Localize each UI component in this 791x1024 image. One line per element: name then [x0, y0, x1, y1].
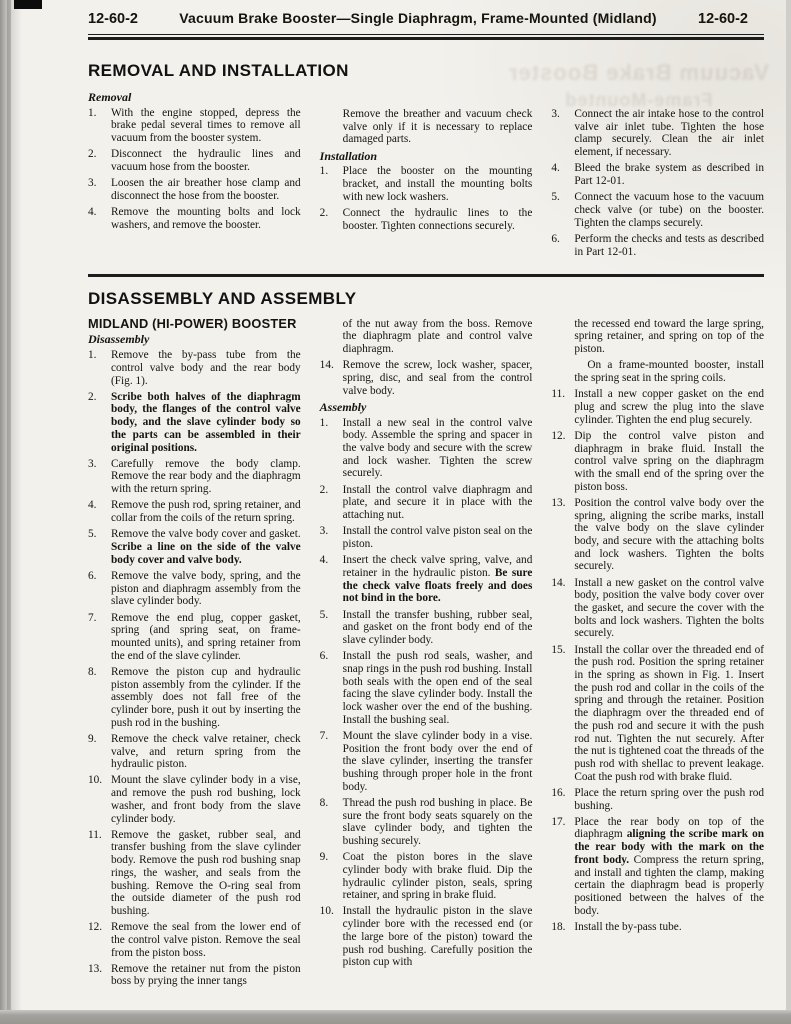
item-number: 14. [320, 359, 343, 397]
list-item: 13.Remove the retainer nut from the pist… [88, 963, 301, 988]
item-text: of the nut away from the boss. Remove th… [343, 318, 533, 356]
column-2: of the nut away from the boss. Remove th… [320, 318, 533, 992]
list-item: 2.Disconnect the hydraulic lines and vac… [88, 148, 301, 173]
column-1: Removal1.With the engine stopped, depres… [88, 90, 301, 262]
list-item: 14.Install a new gasket on the control v… [551, 577, 764, 641]
page-content: 12-60-2 Vacuum Brake Booster—Single Diap… [88, 10, 764, 992]
list-item-continuation: of the nut away from the boss. Remove th… [320, 318, 533, 356]
list-item: 1.Place the booster on the mounting brac… [320, 165, 533, 203]
item-number: 3. [551, 108, 574, 159]
item-text: Place the return spring over the push ro… [574, 787, 764, 812]
item-number: 4. [88, 206, 111, 231]
item-number: 1. [320, 417, 343, 481]
list-item: 13.Position the control valve body over … [551, 497, 764, 573]
list-item: 5.Remove the valve body cover and gasket… [88, 528, 301, 566]
item-text: Install the hydraulic piston in the slav… [343, 905, 533, 969]
item-number: 1. [88, 107, 111, 145]
item-number: 3. [88, 458, 111, 496]
list-item: 5.Connect the vacuum hose to the vacuum … [551, 191, 764, 229]
item-text: Disconnect the hydraulic lines and vacuu… [111, 148, 301, 173]
list-item: 16.Place the return spring over the push… [551, 787, 764, 812]
column-subheading: Removal [88, 91, 301, 104]
item-number: 6. [320, 650, 343, 726]
item-number: 4. [88, 499, 111, 524]
column-1: MIDLAND (HI-POWER) BOOSTERDisassembly1.R… [88, 318, 301, 992]
section-divider-rule [88, 274, 764, 277]
scan-edge-right [786, 0, 791, 1024]
item-text: Connect the vacuum hose to the vacuum ch… [574, 191, 764, 229]
item-number: 1. [88, 349, 111, 387]
item-text: Remove the end plug, copper gasket, spri… [111, 612, 301, 663]
column-subheading: Installation [320, 150, 533, 163]
item-text: the recessed end toward the large spring… [574, 318, 764, 356]
section-title: REMOVAL AND INSTALLATION [88, 61, 764, 81]
item-number: 10. [88, 774, 111, 825]
list-item: 5.Install the transfer bushing, rubber s… [320, 609, 533, 647]
column-3: the recessed end toward the large spring… [551, 318, 764, 992]
item-text: Remove the breather and vacuum check val… [343, 108, 533, 146]
list-item: 2.Scribe both halves of the diaphragm bo… [88, 391, 301, 455]
item-text: Remove the screw, lock washer, spacer, s… [343, 359, 533, 397]
column-heading: MIDLAND (HI-POWER) BOOSTER [88, 318, 301, 331]
list-item: 2.Install the control valve diaphragm an… [320, 484, 533, 522]
item-text: Perform the checks and tests as describe… [574, 233, 764, 258]
item-text: Install a new seal in the control valve … [343, 417, 533, 481]
item-text: Connect the air intake hose to the contr… [574, 108, 764, 159]
list-item: 18.Install the by-pass tube. [551, 921, 764, 934]
list-item: 11.Remove the gasket, rubber seal, and t… [88, 829, 301, 918]
item-text: Install the collar over the threaded end… [574, 644, 764, 784]
page-title: Vacuum Brake Booster—Single Diaphragm, F… [179, 10, 657, 26]
item-text: Remove the valve body, spring, and the p… [111, 570, 301, 608]
item-text: Scribe both halves of the diaphragm body… [111, 391, 301, 455]
item-number [551, 318, 574, 356]
list-item: 3.Loosen the air breather hose clamp and… [88, 177, 301, 202]
item-text: Remove the valve body cover and gasket. … [111, 528, 301, 566]
item-number [551, 359, 574, 384]
item-text: Remove the gasket, rubber seal, and tran… [111, 829, 301, 918]
item-text: Mount the slave cylinder body in a vise,… [111, 774, 301, 825]
list-item: 1.Install a new seal in the control valv… [320, 417, 533, 481]
item-number: 2. [320, 484, 343, 522]
list-item-continuation: Remove the breather and vacuum check val… [320, 108, 533, 146]
item-number: 5. [551, 191, 574, 229]
item-text: Install the control valve piston seal on… [343, 525, 533, 550]
item-number: 9. [320, 851, 343, 902]
list-item: 6.Install the push rod seals, washer, an… [320, 650, 533, 726]
scan-edge-left-streak [7, 0, 11, 1012]
page-number-left: 12-60-2 [88, 11, 138, 27]
column-subheading: Assembly [320, 401, 533, 414]
item-text: Bleed the brake system as described in P… [574, 162, 764, 187]
item-text: Position the control valve body over the… [574, 497, 764, 573]
list-item: 4.Remove the mounting bolts and lock was… [88, 206, 301, 231]
item-text: Remove the retainer nut from the piston … [111, 963, 301, 988]
page-header: 12-60-2 Vacuum Brake Booster—Single Diap… [88, 10, 764, 27]
item-number: 18. [551, 921, 574, 934]
item-text: Remove the mounting bolts and lock washe… [111, 206, 301, 231]
section-title: DISASSEMBLY AND ASSEMBLY [88, 289, 764, 309]
item-text: Install the push rod seals, washer, and … [343, 650, 533, 726]
item-number: 13. [551, 497, 574, 573]
item-text: Install the by-pass tube. [574, 921, 764, 934]
item-number: 16. [551, 787, 574, 812]
item-text: Thread the push rod bushing in place. Be… [343, 797, 533, 848]
item-text: On a frame-mounted booster, install the … [574, 359, 764, 384]
item-number: 1. [320, 165, 343, 203]
item-number: 17. [551, 816, 574, 918]
item-text: Place the rear body on top of the diaphr… [574, 816, 764, 918]
item-text: Remove the piston cup and hydraulic pist… [111, 666, 301, 730]
section-disassembly-and-assembly: DISASSEMBLY AND ASSEMBLY MIDLAND (HI-POW… [88, 289, 764, 992]
list-item: 9.Coat the piston bores in the slave cyl… [320, 851, 533, 902]
three-column-layout: Removal1.With the engine stopped, depres… [88, 90, 764, 262]
item-number: 2. [320, 207, 343, 232]
list-item: 10.Mount the slave cylinder body in a vi… [88, 774, 301, 825]
item-number: 4. [551, 162, 574, 187]
item-text: Loosen the air breather hose clamp and d… [111, 177, 301, 202]
item-text: Remove the check valve retainer, check v… [111, 733, 301, 771]
item-number: 8. [88, 666, 111, 730]
item-number: 12. [88, 921, 111, 959]
item-text: With the engine stopped, depress the bra… [111, 107, 301, 145]
item-text: Install the transfer bushing, rubber sea… [343, 609, 533, 647]
list-item: 8.Thread the push rod bushing in place. … [320, 797, 533, 848]
list-item: 6.Perform the checks and tests as descri… [551, 233, 764, 258]
item-number: 9. [88, 733, 111, 771]
item-text: Install a new gasket on the control valv… [574, 577, 764, 641]
item-text: Mount the slave cylinder body in a vise.… [343, 730, 533, 794]
item-number: 6. [88, 570, 111, 608]
item-number: 6. [551, 233, 574, 258]
list-item: 9.Remove the check valve retainer, check… [88, 733, 301, 771]
list-item: 7.Mount the slave cylinder body in a vis… [320, 730, 533, 794]
list-item-continuation: the recessed end toward the large spring… [551, 318, 764, 356]
item-number: 8. [320, 797, 343, 848]
item-number: 7. [320, 730, 343, 794]
item-number [320, 318, 343, 356]
list-item: 17.Place the rear body on top of the dia… [551, 816, 764, 918]
list-item: 1.With the engine stopped, depress the b… [88, 107, 301, 145]
item-number: 3. [88, 177, 111, 202]
item-number: 11. [551, 388, 574, 426]
list-item: 4.Insert the check valve spring, valve, … [320, 554, 533, 605]
item-number: 12. [551, 430, 574, 494]
column-3: 3.Connect the air intake hose to the con… [551, 90, 764, 262]
item-text: Coat the piston bores in the slave cylin… [343, 851, 533, 902]
item-number: 10. [320, 905, 343, 969]
list-item: 12.Dip the control valve piston and diap… [551, 430, 764, 494]
item-number: 5. [88, 528, 111, 566]
column-subheading: Disassembly [88, 333, 301, 346]
item-number: 2. [88, 148, 111, 173]
item-text: Remove the push rod, spring retainer, an… [111, 499, 301, 524]
list-item: 6.Remove the valve body, spring, and the… [88, 570, 301, 608]
list-item: 10.Install the hydraulic piston in the s… [320, 905, 533, 969]
header-rule-thick [88, 37, 764, 40]
column-2: Remove the breather and vacuum check val… [320, 90, 533, 262]
item-text: Insert the check valve spring, valve, an… [343, 554, 533, 605]
item-number: 3. [320, 525, 343, 550]
list-item: 3.Carefully remove the body clamp. Remov… [88, 458, 301, 496]
list-item: 2.Connect the hydraulic lines to the boo… [320, 207, 533, 232]
list-item: 3.Connect the air intake hose to the con… [551, 108, 764, 159]
three-column-layout: MIDLAND (HI-POWER) BOOSTERDisassembly1.R… [88, 318, 764, 992]
item-text: Remove the by-pass tube from the control… [111, 349, 301, 387]
item-number: 2. [88, 391, 111, 455]
list-item: 4.Remove the push rod, spring retainer, … [88, 499, 301, 524]
page-number-right: 12-60-2 [698, 11, 748, 27]
list-item: 7.Remove the end plug, copper gasket, sp… [88, 612, 301, 663]
item-text: Dip the control valve piston and diaphra… [574, 430, 764, 494]
list-item: 3.Install the control valve piston seal … [320, 525, 533, 550]
item-number: 13. [88, 963, 111, 988]
item-number: 14. [551, 577, 574, 641]
item-text: Remove the seal from the lower end of th… [111, 921, 301, 959]
item-text: Connect the hydraulic lines to the boost… [343, 207, 533, 232]
item-number [320, 108, 343, 146]
scanned-manual-page: Vacuum Brake Booster Frame-Mounted 12-60… [0, 0, 791, 1024]
list-item: 14.Remove the screw, lock washer, spacer… [320, 359, 533, 397]
list-item: 15.Install the collar over the threaded … [551, 644, 764, 784]
item-text: Carefully remove the body clamp. Remove … [111, 458, 301, 496]
item-number: 5. [320, 609, 343, 647]
scan-edge-left [0, 0, 22, 1012]
item-number: 7. [88, 612, 111, 663]
item-number: 15. [551, 644, 574, 784]
list-item: 12.Remove the seal from the lower end of… [88, 921, 301, 959]
item-number: 11. [88, 829, 111, 918]
list-item-continuation: On a frame-mounted booster, install the … [551, 359, 764, 384]
item-number: 4. [320, 554, 343, 605]
list-item: 4.Bleed the brake system as described in… [551, 162, 764, 187]
item-text: Install a new copper gasket on the end p… [574, 388, 764, 426]
section-removal-and-installation: REMOVAL AND INSTALLATION Removal1.With t… [88, 61, 764, 277]
list-item: 8.Remove the piston cup and hydraulic pi… [88, 666, 301, 730]
list-item: 11.Install a new copper gasket on the en… [551, 388, 764, 426]
item-text: Install the control valve diaphragm and … [343, 484, 533, 522]
list-item: 1.Remove the by-pass tube from the contr… [88, 349, 301, 387]
header-rule-thin [88, 34, 764, 35]
item-text: Place the booster on the mounting bracke… [343, 165, 533, 203]
scan-edge-bottom [0, 1010, 791, 1024]
scan-corner-mark [14, 0, 42, 9]
